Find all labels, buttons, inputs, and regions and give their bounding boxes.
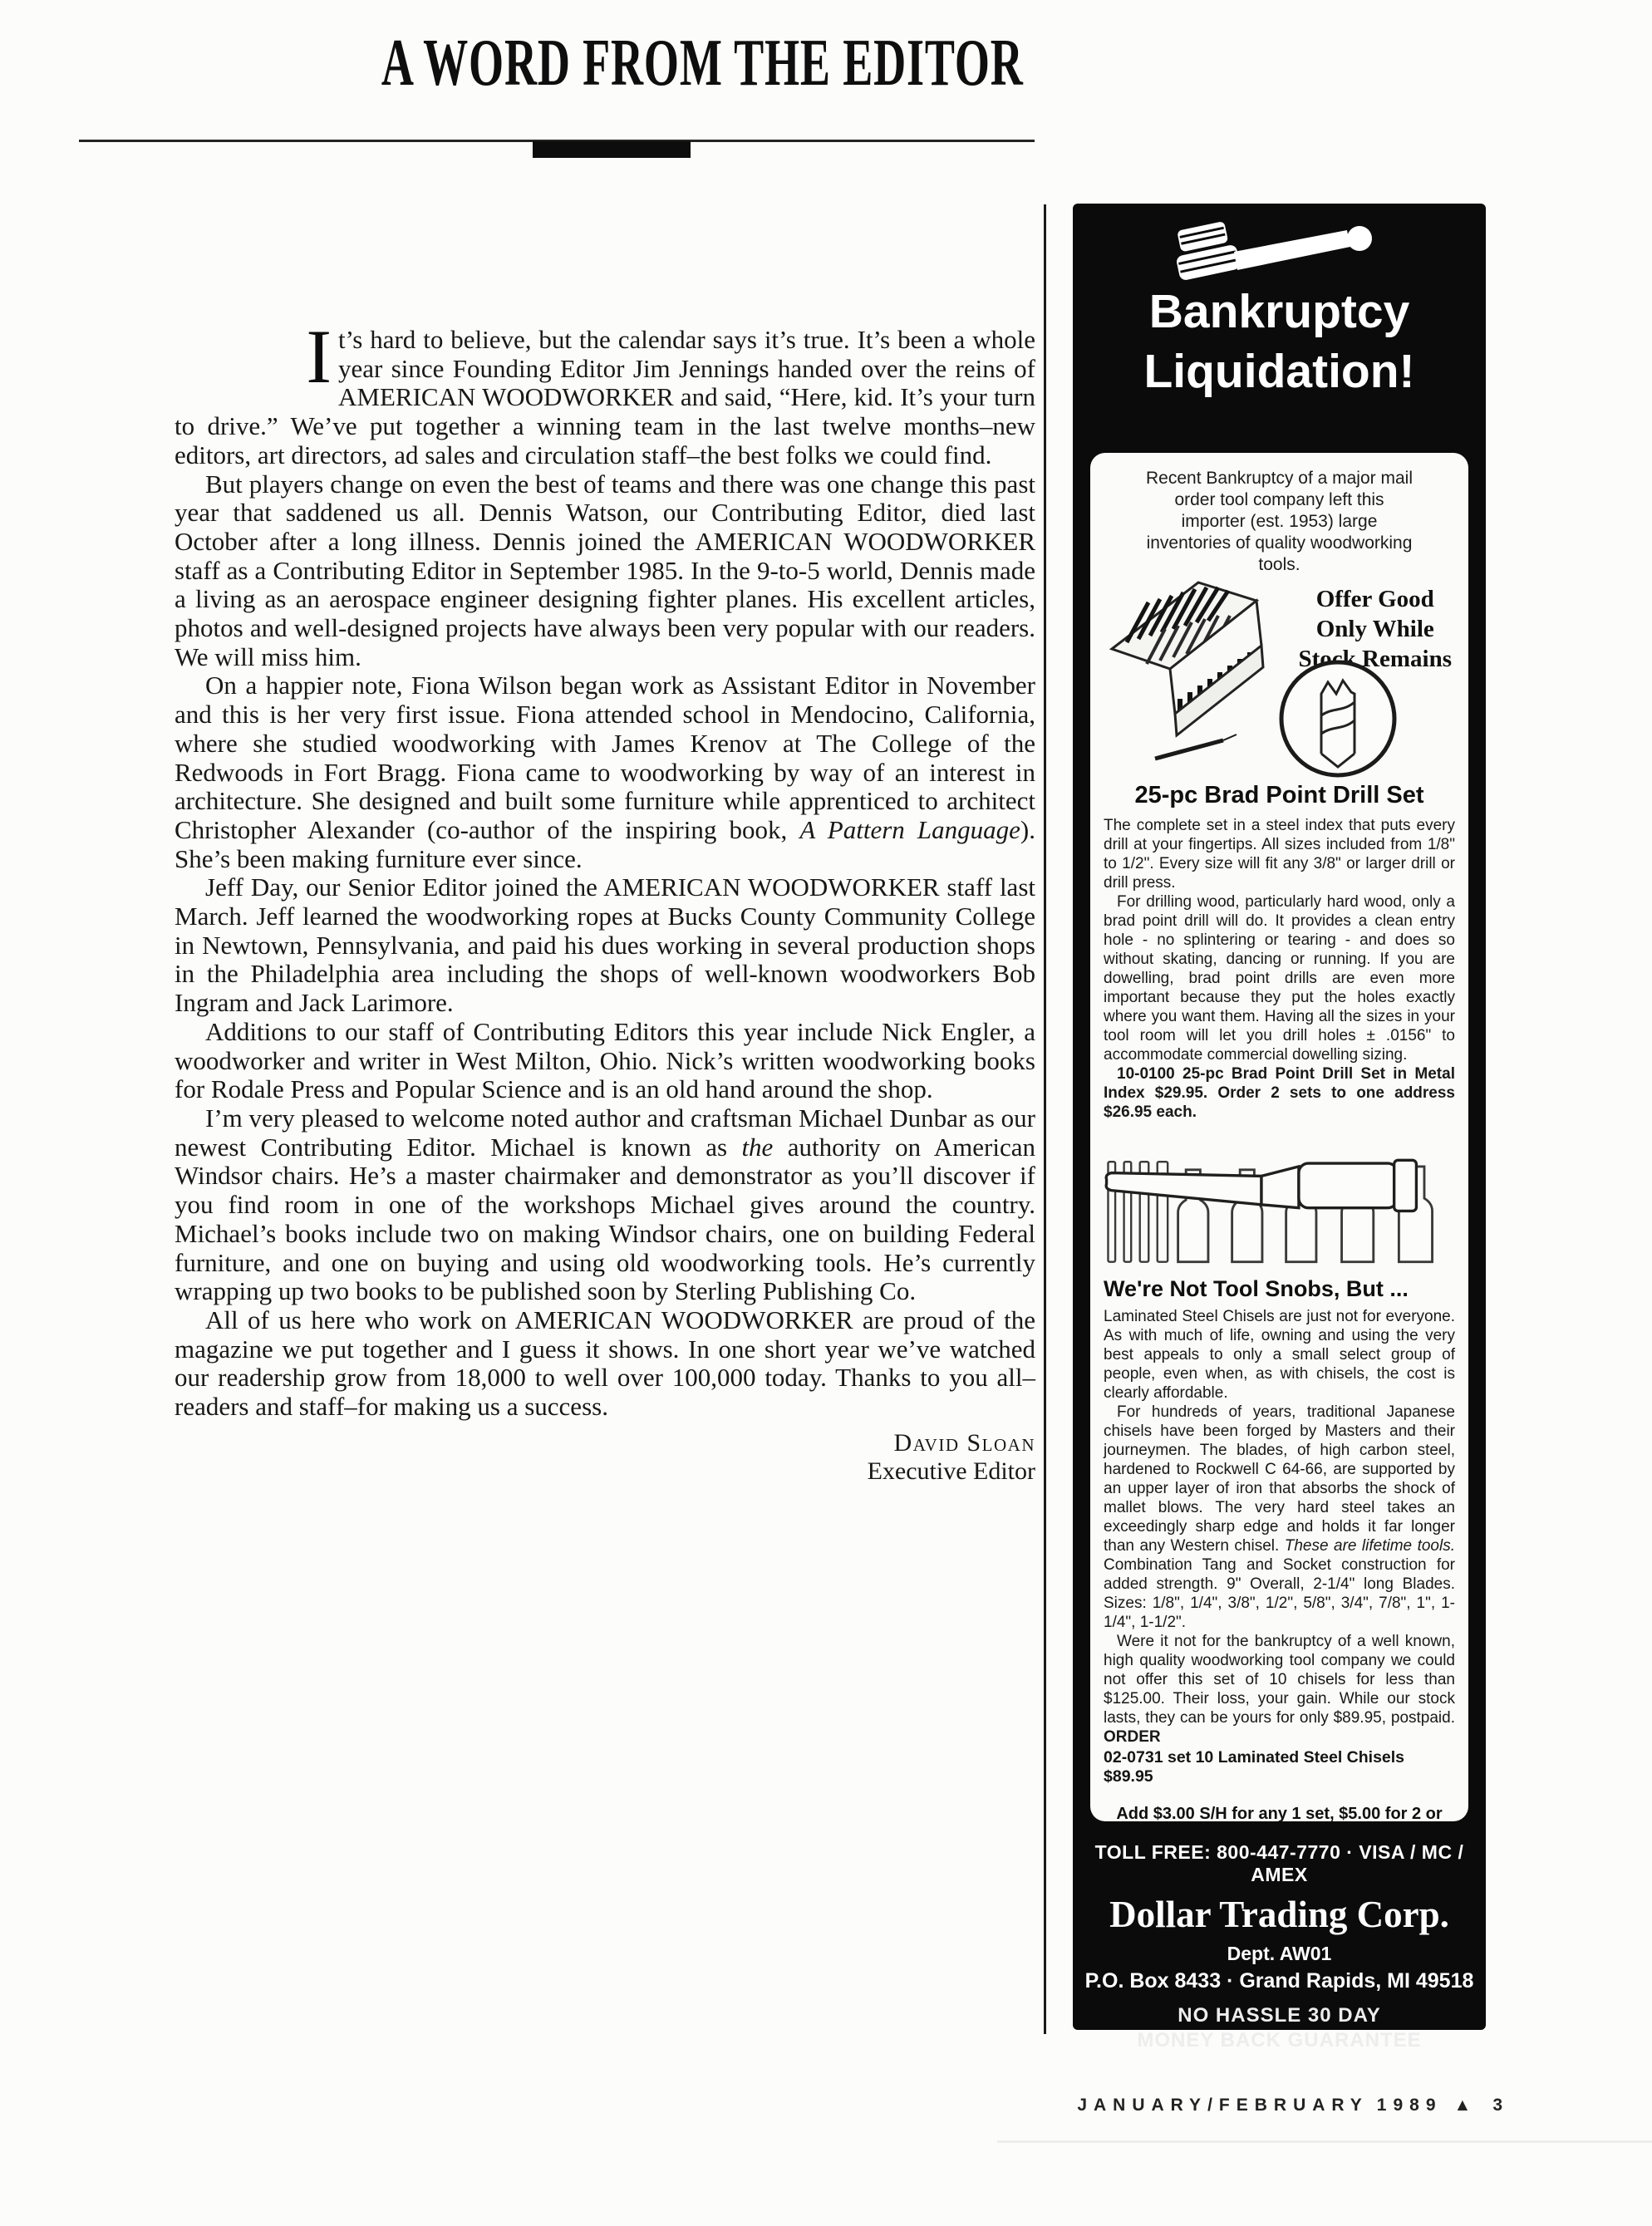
drop-cap-box: I — [175, 326, 338, 384]
editorial-paragraph: On a happier note, Fiona Wilson began wo… — [175, 671, 1035, 873]
editorial-signature: David Sloan Executive Editor — [175, 1428, 1035, 1485]
bottom-rule — [997, 2140, 1652, 2143]
ad-paragraph: 10-0100 25-pc Brad Point Drill Set in Me… — [1104, 1064, 1455, 1122]
footer-issue-date: JANUARY/FEBRUARY — [1077, 2096, 1368, 2115]
chisel-paragraphs: Laminated Steel Chisels are just not for… — [1104, 1307, 1455, 1747]
text-line: Offer Good — [1299, 584, 1452, 614]
footer-page-number: 3 — [1492, 2096, 1502, 2115]
chisel-set-illustration — [1099, 1128, 1460, 1275]
drill-set-heading: 25-pc Brad Point Drill Set — [1104, 782, 1455, 809]
ad-content-box: Recent Bankruptcy of a major mail order … — [1090, 453, 1468, 1821]
editorial-paragraph: Jeff Day, our Senior Editor joined the A… — [175, 873, 1035, 1018]
guarantee-text: NO HASSLE 30 DAY MONEY BACK GUARANTEE — [1073, 2003, 1486, 2053]
signature-name: David Sloan — [894, 1429, 1035, 1457]
drill-index-illustration — [1097, 566, 1295, 780]
magazine-page: A WORD FROM THE EDITOR It’s hard to beli… — [0, 0, 1652, 2226]
editorial-paragraph: All of us here who work on AMERICAN WOOD… — [175, 1306, 1035, 1422]
footer-year: 1989 — [1377, 2096, 1443, 2115]
editorial-paragraph: Additions to our staff of Contributing E… — [175, 1018, 1035, 1104]
gavel-icon — [1158, 220, 1380, 292]
editorial-paragraph: It’s hard to believe, but the calendar s… — [175, 326, 1035, 470]
guarantee-line1: NO HASSLE 30 DAY — [1073, 2003, 1486, 2028]
chisel-figure — [1099, 1128, 1460, 1275]
title-accent-bar — [533, 141, 691, 158]
chisel-heading: We're Not Tool Snobs, But ... — [1104, 1276, 1455, 1302]
address-line: P.O. Box 8433 · Grand Rapids, MI 49518 — [1073, 1969, 1486, 1993]
ad-paragraph: Were it not for the bankruptcy of a well… — [1104, 1632, 1455, 1747]
editorial-paragraph: I’m very pleased to welcome noted author… — [175, 1104, 1035, 1306]
drill-set-figure: Offer GoodOnly WhileStock Remains — [1104, 577, 1455, 782]
signature-title: Executive Editor — [175, 1457, 1035, 1485]
drill-tip-detail-icon — [1275, 656, 1401, 782]
ad-paragraph: Laminated Steel Chisels are just not for… — [1104, 1307, 1455, 1403]
triangle-icon: ▲ — [1454, 2096, 1472, 2115]
editorial-paragraph: But players change on even the best of t… — [175, 470, 1035, 672]
text-line: Add $3.00 S/H for any 1 set, $5.00 for 2… — [1104, 1803, 1455, 1822]
ad-headline-line1: Bankruptcy — [1073, 287, 1486, 337]
ad-paragraph: For drilling wood, particularly hard woo… — [1104, 892, 1455, 1064]
dept-line: Dept. AW01 — [1073, 1943, 1486, 1965]
ad-paragraph: The complete set in a steel index that p… — [1104, 816, 1455, 892]
company-name: Dollar Trading Corp. — [1073, 1893, 1486, 1936]
ad-panel: Bankruptcy Liquidation! Recent Bankruptc… — [1073, 204, 1486, 2030]
drill-set-paragraphs: The complete set in a steel index that p… — [1104, 816, 1455, 1122]
page-title-text: A WORD FROM THE EDITOR — [381, 25, 1024, 102]
ad-contact-block: TOLL FREE: 800-447-7770 · VISA / MC / AM… — [1073, 1821, 1486, 2053]
ad-intro-text: Recent Bankruptcy of a major mail order … — [1142, 468, 1418, 576]
page-footer: JANUARY/FEBRUARY1989▲3 — [989, 2096, 1502, 2115]
toll-free-line: TOLL FREE: 800-447-7770 · VISA / MC / AM… — [1073, 1841, 1486, 1886]
editorial-column: It’s hard to believe, but the calendar s… — [175, 326, 1035, 1485]
text-line: Only While — [1299, 614, 1452, 644]
page-title: A WORD FROM THE EDITOR — [311, 25, 912, 83]
ad-headline-line2: Liquidation! — [1073, 346, 1486, 396]
shipping-info: Add $3.00 S/H for any 1 set, $5.00 for 2… — [1104, 1803, 1455, 1822]
editorial-body: It’s hard to believe, but the calendar s… — [175, 326, 1035, 1422]
guarantee-line2: MONEY BACK GUARANTEE — [1073, 2028, 1486, 2053]
chisel-order-line: 02-0731 set 10 Laminated Steel Chisels $… — [1104, 1748, 1455, 1786]
ad-paragraph: For hundreds of years, traditional Japan… — [1104, 1403, 1455, 1632]
drop-cap: I — [306, 330, 332, 383]
column-divider — [1044, 204, 1046, 2034]
